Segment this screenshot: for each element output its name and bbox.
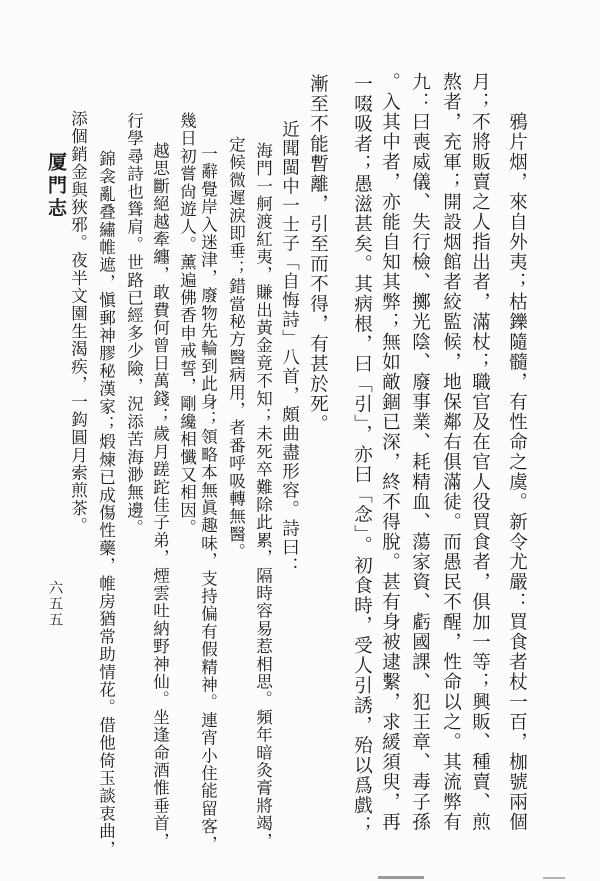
poem-column: 一辭覺岸入迷津，廢物先輪到此身；領略本無眞趣味，支持偏有假精神。連宵小住能留客，	[199, 145, 216, 853]
text-column: 熬者，充軍；開設烟館者絞監候，地保鄰右俱滿徒。而愚民不醒，性命以之。其流弊有	[441, 72, 460, 832]
scan-artifact-mark	[378, 876, 424, 879]
text-column: 漸至不能暫離，引至而不得，有甚於死。	[308, 74, 327, 434]
scanned-book-page: 鴉片烟，來自外夷；枯鑠隨髓，有性命之虞。新令尤嚴：買食者杖一百，枷號兩個 月；不…	[0, 0, 600, 881]
text-column: 。入其中者，亦能自知其弊；無如敵錮已深，終不得脫。甚有身被逮繫，求緩須臾，再	[380, 72, 399, 832]
text-column: 九：曰喪威儀、失行檢、擲光陰、廢事業、耗精血、蕩家資、虧國課、犯王章、毒子孫	[410, 72, 429, 832]
poem-intro-column: 近聞閩中一士子「自悔詩」八首，頗曲盡形容。詩曰：	[281, 120, 299, 576]
text-column: 月；不將販賣之人指出者，滿杖；職官及在官人役買食者，俱加一等；興販、種賣、煎	[470, 72, 489, 832]
poem-column: 幾日初嘗尙遊人。薰遍佛香申戒誓，剛纔相懺又相因。	[178, 112, 195, 537]
text-column: 鴉片烟，來自外夷；枯鑠隨髓，有性命之虞。新令尤嚴：買食者杖一百，枷號兩個	[507, 112, 526, 832]
scan-artifact-mark	[543, 877, 565, 879]
poem-column: 越思斷絕越牽纏，敢費何曾日萬錢；歲月蹉跎佳子弟，煙雲吐納野神仙。坐逢命酒惟垂首，	[151, 142, 168, 850]
page-number: 六五五	[47, 580, 62, 628]
text-column: 一啜吸者；愚滋甚矣。其病根，曰「引」，亦曰「念」。初食時，受人引誘，殆以爲戲；	[352, 74, 371, 836]
poem-column: 行學尋詩也聳肩。世路已經多少險，況添苦海渺無邊。	[125, 112, 142, 537]
poem-column: 錦衾亂叠繡帷遮，愼郵神膠秘漢家；煅煉已成傷性藥，帷房猶常助情花。借他倚玉談衷曲，	[97, 150, 114, 858]
book-title: 厦門志	[46, 152, 65, 221]
poem-column: 海門一舸渡紅夷，賺出黃金竟不知；未死卒難除此累，隔時容易惹相思。頻年暗灸膏將竭，	[254, 142, 271, 850]
poem-column: 添個銷金與狹邪。夜半文園生渴疾，一鈎圓月索煎茶。	[69, 110, 86, 535]
poem-column: 定候微遲淚即垂；錯當秘方醫病用，者番呼吸轉無醫。	[227, 136, 244, 561]
